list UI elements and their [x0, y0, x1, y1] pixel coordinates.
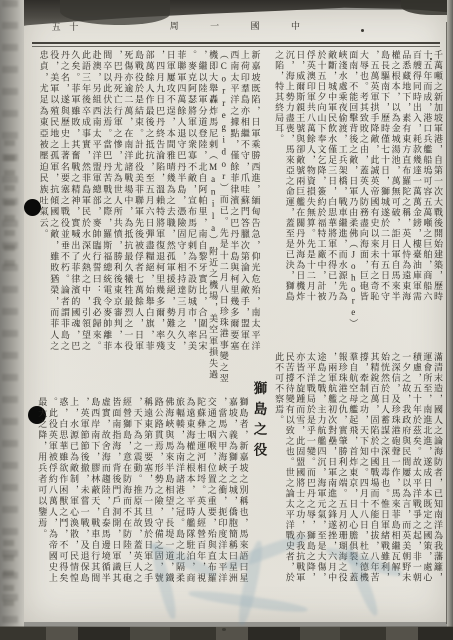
text-column: 權之根本，以為金城湯池，萬無可破，詎日軍自馬來半: [390, 50, 401, 331]
text-column: 路公路貫焉，形勢之險，守備之固，號: [153, 397, 164, 610]
text-column: 役，美軍以殖民地之孤軍，抗傾國之敵，雖敗猶榮，而菲人之: [49, 50, 60, 389]
text-column: ，英軍節節後撤，未嘗一戰，及退保島: [79, 397, 90, 610]
text-column: （Corregidor）而已。先是十二月八日珍珠港事變之翌晨，日: [218, 50, 229, 389]
scan-edge-right: [447, 0, 453, 640]
text-column: 運會所至，南進北進，遂成日本既定之國策，處心: [422, 352, 433, 609]
text-column: 忠貞，尤足為東亞被壓迫民族吐氣云。: [38, 50, 49, 389]
ink-speck: [361, 29, 364, 32]
text-column: 島西岸南下，膠林蔽天，戰車自行其間: [90, 397, 101, 610]
text-column: ，天下為之震動。推原其故，蓋英人之: [132, 397, 143, 610]
top-article: 千萬噸之新加坡軍港，自第一次大戰後開始建築，歷時十五年而成，港口兵艦船塢可容五萬…: [33, 50, 443, 389]
text-column: 一夕之故，我政府與民間屢以為言，而英美朝野未: [401, 352, 412, 609]
page-number: 十五: [50, 22, 78, 33]
bottom-article-left-columns: 獅島者，新嘉坡之別稱也，馬來語曰星嘉坡，義為獅子之城，僑胞簡稱曰星洲，當馬六甲海…: [37, 352, 249, 610]
text-column: 中: [289, 21, 300, 32]
text-column: 百艘得同時出入，耗款幾達一萬萬金鎊，樓臺油庫軍需: [411, 50, 422, 331]
text-column: 皆面南指海，背後門戶洞開，日軍識其: [111, 397, 122, 610]
text-column: 報珍珠港之仇，實肇勝利之端。五月初珊瑚海之役: [337, 352, 348, 609]
text-column: 始恍然於日人蓄謀之深且毒也。惟日軍緒戰雖利，: [379, 352, 390, 609]
section-heading: 獅島之役: [252, 381, 269, 463]
text-column: 敵斷，城中軍民飲水僅足三日，白思華將軍不得已，乃: [326, 50, 337, 331]
margin-smudge: [4, 140, 15, 270]
text-column: 為遠東海權之根本，平時艦隊駐泊，商: [185, 397, 196, 610]
text-column: 俘英澳印軍共八萬餘人，物資損失無算。先是十二月十: [305, 50, 316, 331]
bottom-article: 滿清末造，國人之論海防者，已知南洋為我藩籬，運會所至，南進北進，遂成日本既定之國…: [33, 352, 443, 610]
text-column: 周: [168, 21, 179, 32]
text-column: 十: [68, 22, 79, 33]
text-column: 一: [208, 21, 219, 32]
text-column: 大辱也。考其致敗之由，蓋英人防務盡向海面，巨砲皆: [358, 50, 369, 331]
text-column: 菲聯軍四萬餘人退守巴丹半島，憑險固守，相持達三月之久，: [176, 50, 187, 389]
text-column: 虛實，故舍海而趨陸，自泰馬邊境循半: [100, 397, 111, 610]
text-column: ，四月九日巴丹終告淪陷，溫賴特將軍復退柯里幾多爾，率殘: [155, 50, 166, 389]
text-column: 積慮，五十年於茲矣。故太平洋戰爭之起，非一朝: [411, 352, 422, 609]
text-column: 西南太平洋之據點，僅餘菲律濱之巴丹半島與柯里幾多爾要塞: [229, 50, 240, 389]
text-column: ，巴丹死亡行軍之慘，尤為世人所共憤，勝利後東京審判，本: [112, 50, 123, 389]
scan-edge-bottom: [0, 627, 453, 640]
text-column: 上，水源已為敵制，軍心渙散，民情惶: [68, 397, 79, 610]
text-column: 惑，白思華雖欲作困獸之鬥，不可得矣: [58, 397, 69, 610]
text-column: 十五年而成，港口兵艦船塢可容五萬噸之巨舶，商船六: [422, 50, 433, 331]
text-column: 部萬餘人作最後之抵抗，至五月六日彈盡糧絕，始舉白旗，菲: [144, 50, 155, 389]
text-column: 死傷亦逾二萬，在南洋諸戰場中，為抵抗最久犧牲最烈之一役: [123, 50, 134, 389]
text-column: 羣自航空母艦起飛，首炸東京，日人心膽俱裂，蓋: [348, 352, 359, 609]
text-column: 此不可不察焉。: [274, 352, 285, 609]
text-column: 此語三年後卒成事實，然菲島軍民於水深火熱之中，引領望之: [80, 50, 91, 389]
text-column: 民苦撐待變有以致之也。世之論太平洋戰史者，於: [284, 352, 295, 609]
text-column: 佛海峽與馬來半島相望，長堤一道，鐵: [164, 397, 175, 610]
text-column: 赴澳，另組西南太平洋盟軍總部，麥帥臨行誓曰：我必歸來。: [91, 50, 102, 389]
text-column: 嘉坡，義為獅子之城，僑胞簡稱曰星洲: [227, 397, 238, 610]
text-column: 旅輻輳，為南洋諸港之冠。島之北隔柔: [174, 397, 185, 610]
text-column: 新嘉坡既陷，日軍乘勝西進，緬甸告急，仰光危殆，南太平洋: [250, 50, 261, 389]
text-column: 面南，不能回擊背後之敵，日軍乃由柔佛（Johore）海: [348, 50, 359, 331]
text-column: 千萬噸之新加坡軍港，自第一次大戰後開始建築，歷時: [432, 50, 443, 331]
text-column: 陀蘇彝士運河相埒。英人經營百年，視: [196, 397, 207, 610]
text-column: 經營獅島，意在防海而不在防陸，巨砲: [121, 397, 132, 610]
text-column: 交通之咽喉，位置之重要，殆與直布羅: [206, 397, 217, 610]
text-column: 沉，海上勢力盡喪，馬來亞之命運，蓋至是已決，獅島: [284, 50, 295, 331]
ink-speck: [222, 628, 226, 631]
text-column: 之深信，及珍珠港砲聲一作，馬來菲島相繼瓦解，: [390, 352, 401, 609]
page-edge-line: [446, 22, 447, 624]
text-column: 島長驅南下，歷時僅七十日，獅城遂於二月十五日不守: [379, 50, 390, 331]
top-article-left-columns: 新嘉坡既陷，日軍乘勝西進，緬甸告急，仰光危殆，南太平洋上荷印羣島亦相繼不守，爪哇…: [38, 50, 260, 389]
text-column: 島戰役於是結束。計此役美菲聯軍先後被俘者七萬餘人，日軍: [133, 50, 144, 389]
text-column: 其精銳百萬，固陷於中國戰場而不能自拔，八年苦: [369, 352, 380, 609]
text-column: 撐，牽制之功，天下知之。四月十八日，杜立德機: [358, 352, 369, 609]
text-column: 日，威爾斯親王號與卻敵號兩巨艦在關丹外海為日機炸: [295, 50, 306, 331]
text-column: 稱遠東第一要塞，乃一旦毀於日軍之手: [143, 397, 154, 610]
text-column: ，五萬英軍拱手降敵，此誠英帝國有史以來未有之奇恥: [369, 50, 380, 331]
text-column: 品悉藏地下，素有東方直布羅陀之稱，英人恃為遠東海: [401, 50, 412, 331]
text-column: 亦皆不旋踵而雪，此固盟國將士之功，亦我抗戰軍: [295, 352, 306, 609]
page-title: 中國一周: [168, 21, 300, 32]
text-column: 於十五日夕向山下奉文乞降，簽約於福特工廠中，計被: [316, 50, 327, 331]
text-column: ，當馬六甲海峽之衝，扼印度洋太平洋: [217, 397, 228, 610]
text-column: ，繼以陸軍分道登陸，北自阿帕里，南自黎牙實比，合圍呂宋: [197, 50, 208, 389]
text-column: 太平洋戰局於是乎一變。而巴丹之辱，獅島之降，: [305, 352, 316, 609]
bottom-article-right-columns: 滿清末造，國人之論海防者，已知南洋為我藩籬，運會所至，南進北進，遂成日本既定之國…: [274, 352, 444, 610]
top-article-right-columns: 千萬噸之新加坡軍港，自第一次大戰後開始建築，歷時十五年而成，港口兵艦船塢可容五萬…: [274, 50, 444, 389]
text-column: 途島之戰，主力航艦四沉，海軍元氣，至是大傷，: [316, 352, 327, 609]
text-column: 五: [50, 22, 61, 33]
text-column: 獅島者，新嘉坡之別稱也，馬來語曰星: [238, 397, 249, 610]
margin-smudge: [3, 540, 14, 610]
scanned-page: 十五 中國一周 千萬噸之新加坡軍港，自第一次大戰後開始建築，歷時十五年而成，港口…: [0, 0, 453, 640]
header-rule: [32, 42, 440, 47]
text-column: 峽淺水處乘夜偷渡，工兵架橋，戰車繼進，而水源先為: [337, 50, 348, 331]
text-column: 之陷，特其終局耳。: [274, 50, 285, 331]
text-column: ，兩軍航艦初次對壘，日軍南進之鋒遂挫，六月中: [326, 352, 337, 609]
text-column: 機即大舉轟炸馬尼剌（Manila）附近之機場，美空軍損失過半: [208, 50, 219, 389]
text-column: 間卒以此伏法焉。當巴丹苦戰之際，羅斯福總統電令麥帥離菲: [102, 50, 113, 389]
text-column: 上荷印羣島亦相繼不守，爪哇蘇門答臘次第淪入敵手，盟軍在: [239, 50, 250, 389]
page-body: 千萬噸之新加坡軍港，自第一次大戰後開始建築，歷時十五年而成，港口兵艦船塢可容五萬…: [33, 50, 443, 389]
text-column: 久矣。菲軍雖敗，其奮戰之精神，實喊出了菲律濱的國魂，巴: [70, 50, 81, 389]
section-heading-column: 獅島之役: [252, 381, 269, 610]
text-column: 滿清末造，國人之論海防者，已知南洋為我藩籬，: [432, 352, 443, 609]
text-column: 最大之降，用兵者可以鑒焉。: [37, 397, 48, 610]
text-column: 丹之名，遂與歷史上著名要塞之戰役並垂不朽。論者謂菲島之: [59, 50, 70, 389]
text-column: 。麥克阿瑟將軍以衆寡不敵，宣布馬尼剌為不設防城市，率美: [186, 50, 197, 389]
text-column: 。此役英軍被俘約八萬人，為帝國史上: [47, 397, 58, 610]
text-column: 國: [249, 21, 260, 32]
text-column: 日軍屢攻不逞，本間雅晴幾為之去職，然孤軍援絕，勢難久支: [165, 50, 176, 389]
